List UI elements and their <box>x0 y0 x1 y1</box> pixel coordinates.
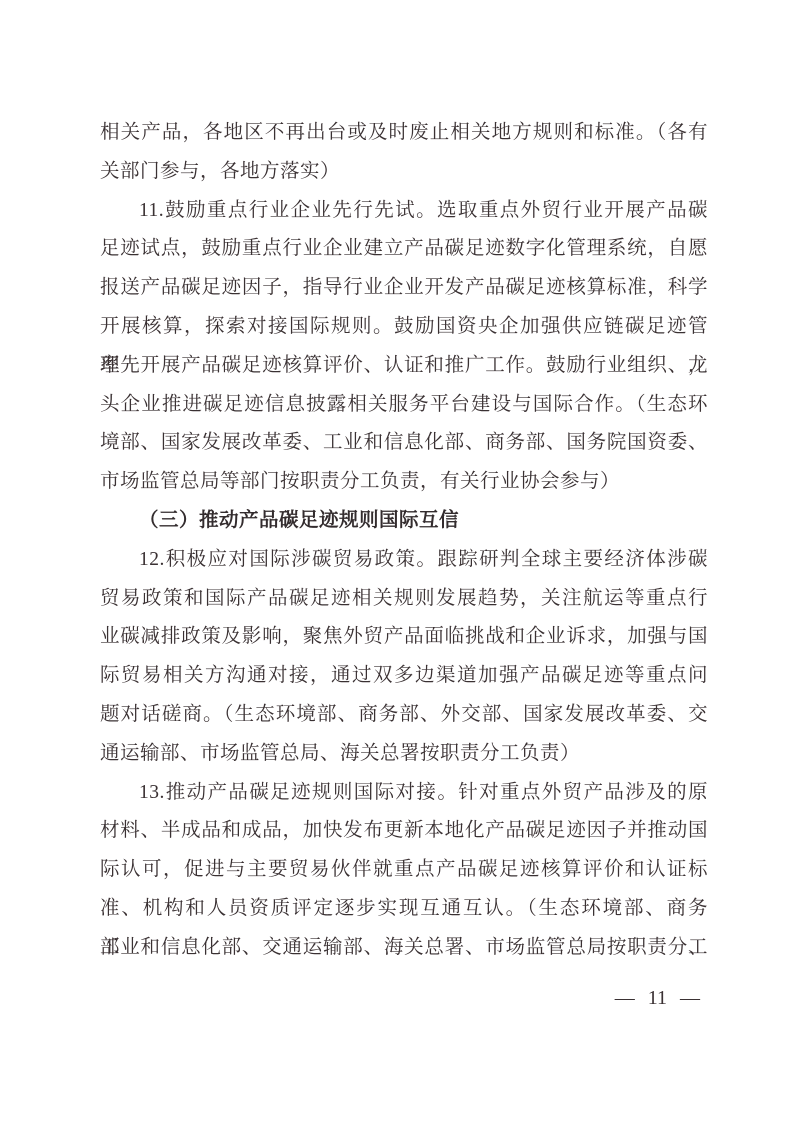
text-line: 市场监管总局等部门按职责分工负责，有关行业协会参与） <box>100 463 708 502</box>
text-line: 境部、国家发展改革委、工业和信息化部、商务部、国务院国资委、 <box>100 424 708 463</box>
text-line: 通运输部、市场监管总局、海关总署按职责分工负责） <box>100 735 708 774</box>
text-line: 报送产品碳足迹因子，指导行业企业开发产品碳足迹核算标准，科学 <box>100 269 708 308</box>
text-line: 材料、半成品和成品，加快发布更新本地化产品碳足迹因子并推动国 <box>100 812 708 851</box>
paragraph-continuation: 相关产品，各地区不再出台或及时废止相关地方规则和标准。（各有 关部门参与，各地方… <box>100 114 708 192</box>
paragraph-item-12: 12.积极应对国际涉碳贸易政策。跟踪研判全球主要经济体涉碳 贸易政策和国际产品碳… <box>100 541 708 774</box>
text-line: 关部门参与，各地方落实） <box>100 153 708 192</box>
page-number: — 11 — <box>615 984 700 1012</box>
text-line: 足迹试点，鼓励重点行业企业建立产品碳足迹数字化管理系统，自愿 <box>100 230 708 269</box>
document-page: 相关产品，各地区不再出台或及时废止相关地方规则和标准。（各有 关部门参与，各地方… <box>0 0 800 1122</box>
section-heading-3: （三）推动产品碳足迹规则国际互信 <box>100 502 708 541</box>
paragraph-item-13: 13.推动产品碳足迹规则国际对接。针对重点外贸产品涉及的原 材料、半成品和成品，… <box>100 774 708 968</box>
page-number-right-dash: — <box>680 984 700 1012</box>
section-heading-text: （三）推动产品碳足迹规则国际互信 <box>100 502 708 541</box>
paragraph-item-11: 11.鼓励重点行业企业先行先试。选取重点外贸行业开展产品碳 足迹试点，鼓励重点行… <box>100 192 708 502</box>
text-line: 工业和信息化部、交通运输部、海关总署、市场监管总局按职责分工 <box>100 929 708 968</box>
page-number-left-dash: — <box>615 984 635 1012</box>
document-body: 相关产品，各地区不再出台或及时废止相关地方规则和标准。（各有 关部门参与，各地方… <box>100 114 708 968</box>
text-line: 11.鼓励重点行业企业先行先试。选取重点外贸行业开展产品碳 <box>100 192 708 231</box>
text-line: 际贸易相关方沟通对接，通过双多边渠道加强产品碳足迹等重点问 <box>100 657 708 696</box>
text-line: 相关产品，各地区不再出台或及时废止相关地方规则和标准。（各有 <box>100 114 708 153</box>
text-line: 头企业推进碳足迹信息披露相关服务平台建设与国际合作。（生态环 <box>100 386 708 425</box>
text-line: 开展核算，探索对接国际规则。鼓励国资央企加强供应链碳足迹管理， <box>100 308 708 347</box>
text-line: 际认可，促进与主要贸易伙伴就重点产品碳足迹核算评价和认证标 <box>100 851 708 890</box>
text-line: 12.积极应对国际涉碳贸易政策。跟踪研判全球主要经济体涉碳 <box>100 541 708 580</box>
text-line: 业碳减排政策及影响，聚焦外贸产品面临挑战和企业诉求，加强与国 <box>100 618 708 657</box>
text-line: 率先开展产品碳足迹核算评价、认证和推广工作。鼓励行业组织、龙 <box>100 347 708 386</box>
text-line: 贸易政策和国际产品碳足迹相关规则发展趋势，关注航运等重点行 <box>100 580 708 619</box>
text-line: 13.推动产品碳足迹规则国际对接。针对重点外贸产品涉及的原 <box>100 774 708 813</box>
text-line: 题对话磋商。（生态环境部、商务部、外交部、国家发展改革委、交 <box>100 696 708 735</box>
page-number-value: 11 <box>648 984 667 1012</box>
text-line: 准、机构和人员资质评定逐步实现互通互认。（生态环境部、商务部、 <box>100 890 708 929</box>
